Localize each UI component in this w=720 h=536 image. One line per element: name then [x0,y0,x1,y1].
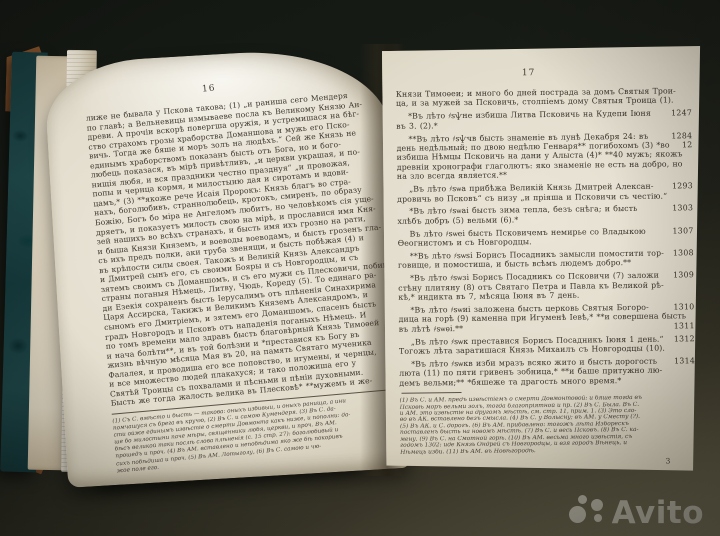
right-page-content: 17 Князи Тимоѳеи; и много бо дней постра… [396,66,697,469]
right-page-footnotes: (1) Въ С. и АМ. предъ извѣстіемъ о смерт… [400,394,697,456]
left-page-body-text: лиже не бывала у Пскова такова; (1) „и р… [85,85,409,409]
margin-year: 1311 [674,321,695,331]
margin-year: 1307 [660,226,693,236]
entry-line-text: Ѳеогнистомъ и съ Новгородцы. [398,237,532,248]
chronicle-entry: „Въ лѣто ҂ѕѡа прибѣжа Великій Князь Дмит… [397,181,693,203]
margin-year: 1303 [660,204,693,214]
entry-line-text: дровичь во Псковъ“ съ низу „и пріяша и П… [397,191,667,203]
left-page: 16 лиже не бывала у Пскова такова; (1) „… [43,44,410,488]
entry-line-text: кѣ,* индикта въ 7, мѣсяца Іюня въ 7 день… [398,291,579,302]
right-page: 17 Князи Тимоѳеи; и много бо дней постра… [382,46,702,474]
entry-line-text: говище, и помостиша, и бысть всѣмъ людем… [398,258,631,270]
chronicle-entry: *Въ лѣто ҂ѕѡаі бысть зима тепла, безъ сн… [397,204,693,226]
signature-mark: 3 [400,456,696,469]
entry-line-text: въ 3. (2).* [396,121,438,131]
entry-line-text: демъ вельми;** *бяшеже та драгость много… [399,376,621,388]
right-page-chronicle-entries: *Въ лѣто ҂ѕѱне избиша Литва Псковичь на … [396,108,695,387]
entry-line-text: на зло всегда является.** [397,171,507,181]
chronicle-entry: Въ лѣто ҂ѕѡеі бысть Псковичемъ немирье с… [398,226,694,248]
right-page-intro-text: Князи Тимоѳеи; и много бо дней пострада … [396,86,692,108]
margin-year: 1312 [662,334,695,344]
chronicle-entry: *Въ лѣто ҂ѕѡкв изби мразъ всяко жито и б… [399,356,695,388]
margin-year: 1314 [662,356,695,366]
margin-year: 1309 [661,270,694,280]
right-page-number: 17 [396,67,662,80]
chronicle-entry: **Въ лѣто ҂ѕѱчв бысть знаменіе въ лунѣ Д… [396,131,693,182]
margin-year: 1293 [660,181,693,191]
margin-year: 12 [682,140,693,150]
chronicle-entry: **Въ лѣто ҂ѕѡѕі Борисъ Посадникъ замысли… [398,248,694,270]
left-page-content: 16 лиже не бывала у Пскова такова; (1) „… [84,66,410,475]
avito-logo-dots-icon [569,494,607,528]
footnote-rule [402,392,462,394]
margin-year: 1310 [661,302,694,312]
avito-watermark: Avito [569,494,704,528]
listing-photo: 16 лиже не бывала у Пскова такова; (1) „… [0,0,720,536]
avito-watermark-text: Avito [612,498,704,528]
chronicle-entry: „Въ лѣто ҂ѕѡк преставися Борисъ Посадник… [399,334,695,356]
entry-line-text: Тогожъ лѣта заратишася Князь Михаилъ съ … [399,344,665,356]
margin-year: 1308 [661,248,694,258]
chronicle-entry: *Въ лѣто ҂ѕѡзі Борисъ Посадникъ со Псков… [398,270,694,302]
entry-line-text: въ лѣтѣ ҂ѕѡѳі.** [399,324,464,334]
chronicle-entry: *Въ лѣто ҂ѕѡиі заложена бысть церковь Св… [398,302,694,334]
entry-line-text: хлѣбъ добръ (5) вельми (6).* [397,215,518,225]
chronicle-entry: *Въ лѣто ҂ѕѱне избиша Литва Псковичь на … [396,108,692,130]
margin-year: 1284 [659,131,692,141]
margin-year: 1247 [659,108,692,118]
